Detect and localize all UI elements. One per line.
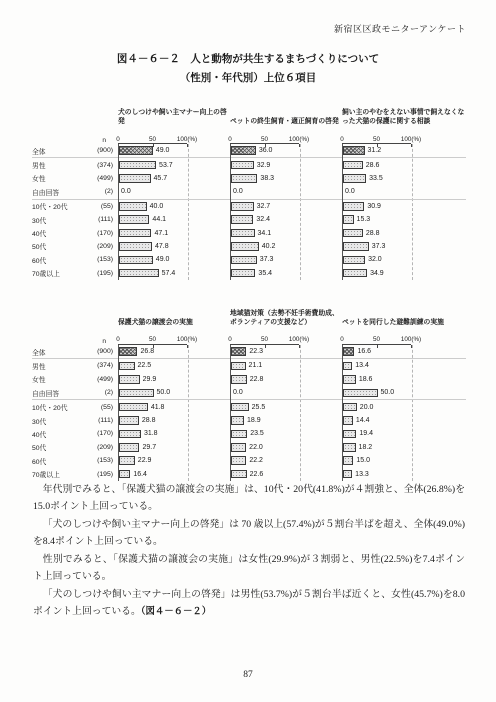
category-label: 男性: [32, 358, 88, 372]
category-label: 全体: [32, 345, 88, 358]
bar-row: 0.0: [119, 185, 230, 198]
bar-value-label: 29.7: [142, 444, 156, 451]
category-label: 70歳以上: [32, 467, 88, 480]
bar-row: 22.6: [231, 467, 342, 480]
bar: [119, 362, 135, 371]
bar-value-label: 0.0: [233, 389, 243, 396]
category-label: 女性: [32, 172, 88, 185]
bar-chart: 飼い主のやむをえない事情で飼えなくなった犬猫の保護に関する相談050100(%)…: [342, 94, 466, 280]
chart-title: 保護犬猫の譲渡会の実施: [118, 295, 230, 329]
bar-value-label: 31.8: [144, 430, 158, 437]
bar: [343, 375, 356, 384]
axis-tick-label: 50: [149, 336, 156, 343]
bar: [343, 242, 369, 251]
bar: [119, 174, 151, 183]
bar-value-label: 19.4: [359, 430, 373, 437]
bar-row: 33.5: [343, 172, 466, 185]
n-value: (170): [88, 427, 118, 440]
bar: [343, 443, 356, 452]
bar: [119, 161, 156, 170]
bar: [231, 362, 246, 371]
bar-row: 32.0: [343, 253, 466, 266]
bar-row: 22.8: [231, 373, 342, 386]
bar-value-label: 32.7: [257, 203, 271, 210]
bar-row: 40.0: [119, 199, 230, 213]
page-number: 87: [0, 670, 496, 680]
bar-value-label: 30.9: [367, 203, 381, 210]
bar-value-label: 57.4: [162, 270, 176, 277]
chart-grid-row: 全体男性女性自由回答10代・20代30代40代50代60代70歳以上n(900)…: [32, 94, 490, 280]
chart-grid-row: 全体男性女性自由回答10代・20代30代40代50代60代70歳以上n(900)…: [32, 295, 490, 481]
chart-plot-area: 26.822.529.950.041.828.831.829.722.916.4: [118, 345, 230, 481]
bar: [231, 443, 246, 452]
n-value: (374): [88, 358, 118, 372]
bar-value-label: 22.3: [249, 348, 263, 355]
chart-axis: 050100(%): [118, 128, 187, 144]
paragraph: 「犬のしつけや飼い主マナー向上の啓発」は男性(53.7%)が５割台半ば近くと、女…: [33, 586, 465, 621]
bar-row: 35.4: [231, 267, 342, 280]
bar: [343, 215, 354, 224]
bar-value-label: 18.9: [247, 417, 261, 424]
chart-title: ペットの終生飼育・適正飼育の啓発: [230, 94, 342, 128]
bar: [343, 347, 354, 356]
category-label: 10代・20代: [32, 399, 88, 413]
bar-value-label: 20.0: [360, 404, 374, 411]
n-value: (900): [88, 144, 118, 157]
chart-title-text: 保護犬猫の譲渡会の実施: [118, 319, 193, 328]
category-label: 10代・20代: [32, 199, 88, 213]
chart-plot-area: 22.321.122.80.025.518.923.522.022.222.6: [230, 345, 342, 481]
n-column-header: n: [88, 128, 118, 144]
bar: [119, 256, 153, 265]
bar-value-label: 13.3: [355, 471, 369, 478]
bar-row: 34.1: [231, 226, 342, 239]
bar-chart: 犬のしつけや飼い主マナー向上の啓発050100(%)49.053.745.70.…: [118, 94, 230, 280]
figure-title-line2: （性別・年代別）上位６項目: [0, 69, 496, 88]
bar-row: 47.1: [119, 226, 230, 239]
bar-row: 28.8: [343, 226, 466, 239]
axis-tick-label: 100(%): [289, 136, 309, 143]
bar: [119, 269, 159, 278]
bar-value-label: 22.0: [249, 444, 263, 451]
bar: [343, 403, 357, 412]
bar-row: 49.0: [119, 253, 230, 266]
bar-value-label: 44.1: [152, 216, 166, 223]
bar: [231, 456, 246, 465]
bar: [119, 215, 149, 224]
bar-value-label: 34.1: [258, 230, 272, 237]
chart-title-text: 飼い主のやむをえない事情で飼えなくなった犬猫の保護に関する相談: [342, 109, 466, 127]
category-labels-column: 全体男性女性自由回答10代・20代30代40代50代60代70歳以上: [32, 94, 88, 280]
bar-row: 53.7: [119, 157, 230, 171]
bar: [231, 146, 256, 155]
n-value: (111): [88, 414, 118, 427]
n-value: (195): [88, 267, 118, 280]
bar-row: 45.7: [119, 172, 230, 185]
axis-tick-label: 0: [228, 136, 232, 143]
axis-tick-label: 100(%): [401, 136, 421, 143]
axis-tick-label: 0: [116, 136, 120, 143]
n-value: (2): [88, 386, 118, 399]
chart-axis: 050100(%): [230, 128, 299, 144]
bar: [119, 347, 137, 356]
bar: [119, 456, 135, 465]
bar-row: 29.7: [119, 441, 230, 454]
n-value: (153): [88, 454, 118, 467]
bar-value-label: 13.4: [355, 362, 369, 369]
bar-value-label: 40.2: [262, 243, 276, 250]
bar: [119, 416, 139, 425]
bar: [119, 202, 147, 211]
bar: [231, 416, 244, 425]
bar-value-label: 28.8: [366, 230, 380, 237]
chart-plot-area: 49.053.745.70.040.044.147.147.849.057.4: [118, 144, 230, 280]
bar-row: 37.3: [343, 240, 466, 253]
bar: [343, 174, 366, 183]
bar-value-label: 37.3: [372, 243, 386, 250]
category-label: 60代: [32, 454, 88, 467]
bar-value-label: 32.0: [368, 256, 382, 263]
paragraph: 性別でみると、「保護犬猫の譲渡会の実施」は女性(29.9%)が３割弱と、男性(2…: [33, 551, 465, 586]
bar-row: 0.0: [231, 386, 342, 399]
bar-row: 18.9: [231, 414, 342, 427]
chart-title: 犬のしつけや飼い主マナー向上の啓発: [118, 94, 230, 128]
chart-title: 飼い主のやむをえない事情で飼えなくなった犬猫の保護に関する相談: [342, 94, 466, 128]
bar-row: 47.8: [119, 240, 230, 253]
bar-value-label: 53.7: [159, 162, 173, 169]
category-label: 50代: [32, 240, 88, 253]
bar: [343, 229, 363, 238]
bar: [119, 470, 130, 479]
n-value: (900): [88, 345, 118, 358]
document-page: 新宿区区政モニターアンケート 図４－６－２ 人と動物が共生するまちづくりについて…: [0, 0, 496, 702]
bar-chart: ペットの終生飼育・適正飼育の啓発050100(%)36.032.938.30.0…: [230, 94, 342, 280]
bar-value-label: 0.0: [233, 188, 243, 195]
bar-row: 20.0: [343, 399, 466, 413]
bar-value-label: 32.4: [256, 216, 270, 223]
axis-tick-label: 50: [261, 336, 268, 343]
n-column: n(900)(374)(499)(2)(55)(111)(170)(209)(1…: [88, 94, 118, 280]
bar: [231, 430, 247, 439]
bar: [119, 146, 153, 155]
bar-value-label: 15.3: [357, 216, 371, 223]
chart-title-text: 地域猫対策（去勢不妊手術費助成、ボランティアの支援など）: [230, 310, 342, 328]
axis-tick-label: 0: [116, 336, 120, 343]
bar-row: 34.9: [343, 267, 466, 280]
bar-value-label: 34.9: [370, 270, 384, 277]
n-value: (499): [88, 373, 118, 386]
chart-axis: 050100(%): [342, 128, 411, 144]
bar-value-label: 18.6: [359, 376, 373, 383]
category-label: 女性: [32, 373, 88, 386]
bar-row: 19.4: [343, 427, 466, 440]
bar-row: 13.3: [343, 467, 466, 480]
chart-axis: 050100(%): [118, 329, 187, 345]
bar-row: 28.8: [119, 414, 230, 427]
bar-value-label: 49.0: [156, 256, 170, 263]
bar-chart: 保護犬猫の譲渡会の実施050100(%)26.822.529.950.041.8…: [118, 295, 230, 481]
document-header: 新宿区区政モニターアンケート: [334, 22, 466, 35]
bar: [343, 362, 352, 371]
bar-row: 50.0: [119, 386, 230, 399]
n-value: (153): [88, 253, 118, 266]
n-value: (111): [88, 213, 118, 226]
bar-row: 15.3: [343, 213, 466, 226]
bar: [231, 229, 255, 238]
bar-row: 49.0: [119, 144, 230, 157]
bar-value-label: 47.8: [155, 243, 169, 250]
bar: [343, 456, 353, 465]
bar: [231, 215, 253, 224]
bar-value-label: 41.8: [151, 404, 165, 411]
bar: [119, 389, 154, 398]
bar-value-label: 25.5: [252, 404, 266, 411]
bar-chart: ペットを同行した避難訓練の実施050100(%)16.613.418.650.0…: [342, 295, 466, 481]
bar: [231, 375, 247, 384]
category-labels-column: 全体男性女性自由回答10代・20代30代40代50代60代70歳以上: [32, 295, 88, 481]
axis-tick-label: 100(%): [289, 336, 309, 343]
category-label: 50代: [32, 441, 88, 454]
bar-row: 22.9: [119, 454, 230, 467]
paragraph: 「犬のしつけや飼い主マナー向上の啓発」は 70 歳以上(57.4%)が５割台半ば…: [33, 516, 465, 551]
bar-row: 22.0: [231, 441, 342, 454]
bar-value-label: 23.5: [250, 430, 264, 437]
bar-row: 21.1: [231, 358, 342, 372]
bar-value-label: 29.9: [143, 376, 157, 383]
n-value: (170): [88, 226, 118, 239]
axis-tick-label: 100(%): [177, 136, 197, 143]
bar-row: 0.0: [343, 185, 466, 198]
bar-row: 31.8: [119, 427, 230, 440]
n-value: (209): [88, 240, 118, 253]
bar-row: 32.9: [231, 157, 342, 171]
bar-row: 18.2: [343, 441, 466, 454]
bar-value-label: 45.7: [154, 175, 168, 182]
category-label: 70歳以上: [32, 267, 88, 280]
bar-chart: 地域猫対策（去勢不妊手術費助成、ボランティアの支援など）050100(%)22.…: [230, 295, 342, 481]
bar: [343, 269, 367, 278]
bar-row: 40.2: [231, 240, 342, 253]
bar-row: 22.5: [119, 358, 230, 372]
bar-row: 41.8: [119, 399, 230, 413]
category-label: 60代: [32, 253, 88, 266]
bar: [231, 174, 257, 183]
bar-row: 25.5: [231, 399, 342, 413]
axis-tick-label: 100(%): [177, 336, 197, 343]
paragraph-text: 「犬のしつけや飼い主マナー向上の啓発」は男性(53.7%)が５割台半ば近くと、女…: [33, 589, 465, 617]
bar-value-label: 50.0: [381, 389, 395, 396]
bar-row: 16.6: [343, 345, 466, 358]
chart-axis: 050100(%): [230, 329, 299, 345]
bar-row: 18.6: [343, 373, 466, 386]
bar-row: 32.7: [231, 199, 342, 213]
bar: [119, 403, 148, 412]
figure-charts: 全体男性女性自由回答10代・20代30代40代50代60代70歳以上n(900)…: [32, 94, 490, 496]
bar-value-label: 49.0: [156, 147, 170, 154]
bar: [231, 470, 247, 479]
bar: [119, 229, 151, 238]
n-value: (374): [88, 157, 118, 171]
chart-title-text: ペットの終生飼育・適正飼育の啓発: [230, 118, 339, 127]
figure-reference: （図４－６－２）: [141, 605, 211, 616]
n-value: (2): [88, 185, 118, 198]
axis-tick-label: 0: [340, 336, 344, 343]
bar: [231, 256, 257, 265]
figure-title: 図４－６－２ 人と動物が共生するまちづくりについて （性別・年代別）上位６項目: [0, 50, 496, 88]
bar-value-label: 21.1: [249, 362, 263, 369]
bar-value-label: 32.9: [257, 162, 271, 169]
bar: [343, 256, 365, 265]
bar-row: 31.2: [343, 144, 466, 157]
category-label: 男性: [32, 157, 88, 171]
bar: [231, 347, 246, 356]
bar-row: 13.4: [343, 358, 466, 372]
bar: [119, 443, 139, 452]
bar-row: 16.4: [119, 467, 230, 480]
bar: [119, 242, 152, 251]
bar-row: 38.3: [231, 172, 342, 185]
bar-row: 50.0: [343, 386, 466, 399]
bar: [343, 202, 364, 211]
bar-value-label: 33.5: [369, 175, 383, 182]
axis-tick-label: 50: [373, 136, 380, 143]
axis-tick-label: 0: [340, 136, 344, 143]
bar: [343, 430, 356, 439]
bar-value-label: 50.0: [157, 389, 171, 396]
bar-value-label: 28.8: [142, 417, 156, 424]
axis-tick-label: 50: [149, 136, 156, 143]
n-column-header: n: [88, 329, 118, 345]
category-label: 自由回答: [32, 185, 88, 198]
n-value: (209): [88, 441, 118, 454]
n-value: (55): [88, 199, 118, 213]
bar: [231, 269, 255, 278]
bar: [343, 389, 378, 398]
bar-value-label: 22.9: [138, 457, 152, 464]
chart-title: 地域猫対策（去勢不妊手術費助成、ボランティアの支援など）: [230, 295, 342, 329]
bar-value-label: 14.4: [356, 417, 370, 424]
chart-plot-area: 36.032.938.30.032.732.434.140.237.335.4: [230, 144, 342, 280]
bar: [343, 146, 365, 155]
paragraph: 年代別でみると、「保護犬猫の譲渡会の実施」は、10代・20代(41.8%)が４割…: [33, 481, 465, 516]
bar-row: 0.0: [231, 185, 342, 198]
bar-value-label: 31.2: [368, 147, 382, 154]
chart-title-text: ペットを同行した避難訓練の実施: [342, 319, 444, 328]
n-value: (195): [88, 467, 118, 480]
chart-axis: 050100(%): [342, 329, 411, 345]
analysis-text: 年代別でみると、「保護犬猫の譲渡会の実施」は、10代・20代(41.8%)が４割…: [33, 481, 465, 621]
bar: [119, 430, 141, 439]
bar-row: 22.3: [231, 345, 342, 358]
category-label: 30代: [32, 414, 88, 427]
bar-value-label: 15.0: [356, 457, 370, 464]
bar-value-label: 0.0: [345, 188, 355, 195]
bar: [343, 416, 353, 425]
n-column: n(900)(374)(499)(2)(55)(111)(170)(209)(1…: [88, 295, 118, 481]
bar-value-label: 22.8: [250, 376, 264, 383]
bar-value-label: 36.0: [259, 147, 273, 154]
category-label: 30代: [32, 213, 88, 226]
bar-row: 36.0: [231, 144, 342, 157]
category-label: 自由回答: [32, 386, 88, 399]
bar-row: 28.6: [343, 157, 466, 171]
bar: [119, 375, 140, 384]
bar-value-label: 22.5: [138, 362, 152, 369]
figure-title-line1: 図４－６－２ 人と動物が共生するまちづくりについて: [0, 50, 496, 69]
bar-row: 32.4: [231, 213, 342, 226]
bar-row: 29.9: [119, 373, 230, 386]
bar-value-label: 16.4: [133, 471, 147, 478]
bar-row: 37.3: [231, 253, 342, 266]
bar-row: 14.4: [343, 414, 466, 427]
bar: [343, 470, 352, 479]
bar-value-label: 26.8: [140, 348, 154, 355]
axis-tick-label: 0: [228, 336, 232, 343]
bar: [231, 242, 259, 251]
bar-value-label: 37.3: [260, 256, 274, 263]
bar: [231, 202, 254, 211]
bar-value-label: 28.6: [366, 162, 380, 169]
bar-row: 57.4: [119, 267, 230, 280]
bar-row: 30.9: [343, 199, 466, 213]
n-value: (55): [88, 399, 118, 413]
bar-value-label: 16.6: [357, 348, 371, 355]
bar: [231, 403, 249, 412]
bar-value-label: 22.2: [249, 457, 263, 464]
bar-row: 22.2: [231, 454, 342, 467]
bar: [343, 161, 363, 170]
category-label: 40代: [32, 427, 88, 440]
bar-row: 44.1: [119, 213, 230, 226]
bar-value-label: 18.2: [359, 444, 373, 451]
chart-plot-area: 31.228.633.50.030.915.328.837.332.034.9: [342, 144, 466, 280]
bar-row: 26.8: [119, 345, 230, 358]
n-value: (499): [88, 172, 118, 185]
axis-tick-label: 50: [373, 336, 380, 343]
bar-value-label: 47.1: [154, 230, 168, 237]
bar-value-label: 40.0: [150, 203, 164, 210]
bar-row: 15.0: [343, 454, 466, 467]
chart-title-text: 犬のしつけや飼い主マナー向上の啓発: [118, 109, 230, 127]
bar-value-label: 22.6: [250, 471, 264, 478]
category-label: 40代: [32, 226, 88, 239]
bar-value-label: 35.4: [258, 270, 272, 277]
bar-row: 23.5: [231, 427, 342, 440]
chart-title: ペットを同行した避難訓練の実施: [342, 295, 466, 329]
bar: [231, 161, 254, 170]
category-label: 全体: [32, 144, 88, 157]
axis-tick-label: 100(%): [401, 336, 421, 343]
axis-tick-label: 50: [261, 136, 268, 143]
bar-value-label: 0.0: [121, 188, 131, 195]
chart-plot-area: 16.613.418.650.020.014.419.418.215.013.3: [342, 345, 466, 481]
bar-value-label: 38.3: [260, 175, 274, 182]
